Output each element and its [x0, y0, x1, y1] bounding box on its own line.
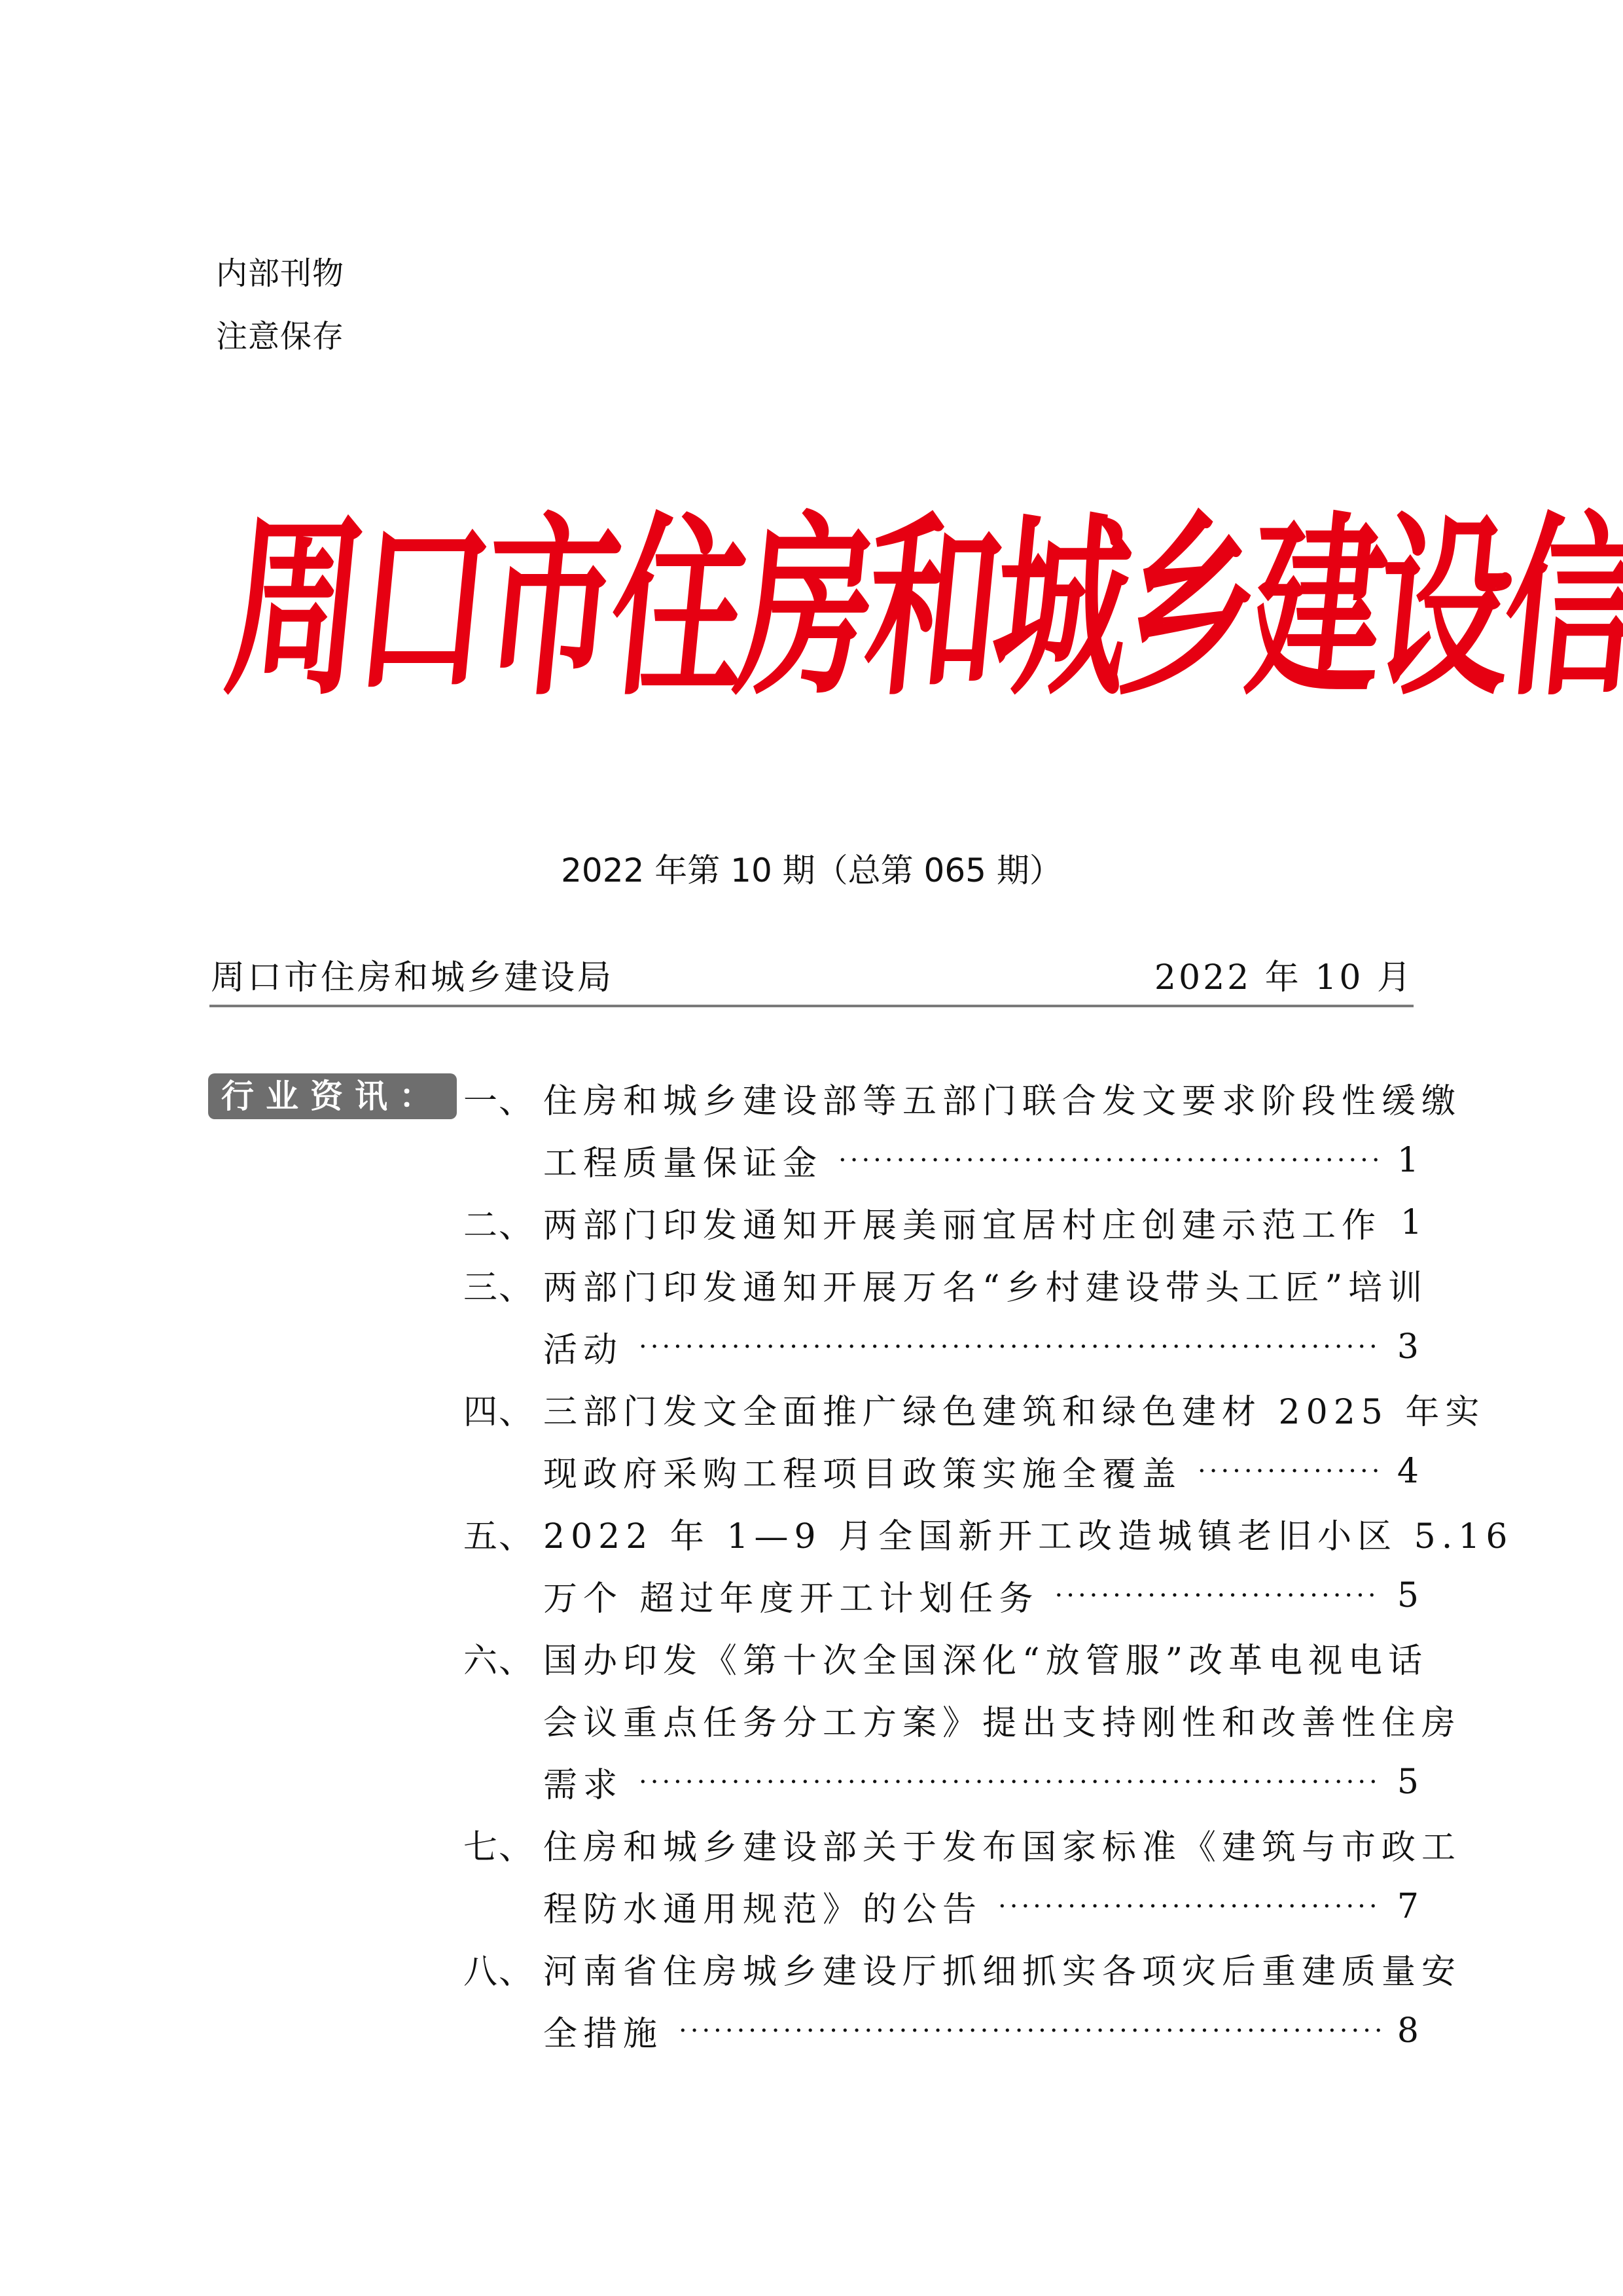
toc-page-number: 5 — [1393, 1763, 1419, 1802]
toc-item-title: 住房和城乡建设部等五部门联合发文要求阶段性缓缴 — [543, 1073, 1461, 1122]
section-badge-industry-news: 行业资讯： — [208, 1073, 457, 1119]
toc-item-3[interactable]: 三、 两部门印发通知开展万名“乡村建设带头工匠”培训 — [463, 1253, 1419, 1316]
toc-item-title: 河南省住房城乡建设厅抓细抓实各项灾后重建质量安 — [543, 1944, 1461, 1993]
toc-item-6-cont2[interactable]: 需求 ·····································… — [463, 1751, 1419, 1813]
masthead-char: 口 — [348, 511, 494, 706]
leader-dots: ········································… — [639, 1767, 1381, 1797]
keep-safe-note: 注意保存 — [216, 317, 344, 356]
masthead-char: 市 — [475, 511, 622, 706]
toc-item-7[interactable]: 七、 住房和城乡建设部关于发布国家标准《建筑与市政工 — [463, 1813, 1419, 1875]
masthead-char: 房 — [730, 511, 877, 706]
toc-item-1-cont[interactable]: 工程质量保证金 ································… — [463, 1129, 1419, 1191]
toc-item-title: 三部门发文全面推广绿色建筑和绿色建材 2025 年实 — [543, 1384, 1485, 1433]
toc-item-number: 五、 — [463, 1509, 543, 1558]
issue-number: 2022 年第 10 期（总第 065 期） — [0, 850, 1623, 891]
toc-item-1[interactable]: 一、 住房和城乡建设部等五部门联合发文要求阶段性缓缴 — [463, 1067, 1419, 1129]
masthead-char: 周 — [220, 511, 366, 706]
toc-item-title: 工程质量保证金 — [543, 1136, 823, 1185]
masthead-char: 设 — [1368, 511, 1515, 706]
toc-item-title: 2022 年 1—9 月全国新开工改造城镇老旧小区 5.16 — [543, 1509, 1513, 1558]
toc-item-5-cont[interactable]: 万个 超过年度开工计划任务 ··························… — [463, 1564, 1419, 1626]
masthead-title: 周 口 市 住 房 和 城 乡 建 设 信 息 — [229, 497, 1400, 720]
toc-item-number: 四、 — [463, 1384, 543, 1433]
toc-item-number: 三、 — [463, 1260, 543, 1309]
toc-item-4[interactable]: 四、 三部门发文全面推广绿色建筑和绿色建材 2025 年实 — [463, 1378, 1419, 1440]
toc-item-3-cont[interactable]: 活动 ·····································… — [463, 1316, 1419, 1378]
toc-item-4-cont[interactable]: 现政府采购工程项目政策实施全覆盖 ·······················… — [463, 1440, 1419, 1502]
toc-item-7-cont[interactable]: 程防水通用规范》的公告 ····························… — [463, 1875, 1419, 1937]
header-rule — [209, 1005, 1414, 1007]
toc-item-5[interactable]: 五、 2022 年 1—9 月全国新开工改造城镇老旧小区 5.16 — [463, 1502, 1419, 1564]
masthead-char: 住 — [603, 511, 749, 706]
masthead-char: 信 — [1496, 511, 1623, 706]
publication-date: 2022 年 10 月 — [1154, 957, 1414, 999]
leader-dots: ········································… — [639, 1332, 1381, 1362]
toc-page-number: 7 — [1393, 1887, 1419, 1926]
toc-page-number: 4 — [1393, 1452, 1419, 1491]
toc-item-title: 国办印发《第十次全国深化“放管服”改革电视电话 — [543, 1633, 1428, 1682]
leader-dots: ········································… — [1055, 1581, 1381, 1611]
toc-item-title: 两部门印发通知开展万名“乡村建设带头工匠”培训 — [543, 1260, 1428, 1309]
toc-item-title: 会议重点任务分工方案》提出支持刚性和改善性住房 — [543, 1695, 1461, 1744]
toc-item-6[interactable]: 六、 国办印发《第十次全国深化“放管服”改革电视电话 — [463, 1626, 1419, 1689]
toc-page-number: 8 — [1393, 2011, 1419, 2051]
toc-page-number: 3 — [1393, 1327, 1419, 1367]
toc-item-8[interactable]: 八、 河南省住房城乡建设厅抓细抓实各项灾后重建质量安 — [463, 1937, 1419, 2000]
publisher-name: 周口市住房和城乡建设局 — [211, 957, 614, 999]
toc-item-title: 程防水通用规范》的公告 — [543, 1882, 982, 1931]
toc-item-title: 活动 — [543, 1322, 623, 1371]
leader-dots: ········································… — [838, 1145, 1381, 1175]
toc-page-number: 5 — [1393, 1576, 1419, 1615]
masthead-char: 和 — [858, 511, 1005, 706]
toc-item-2[interactable]: 二、 两部门印发通知开展美丽宜居村庄创建示范工作 ···············… — [463, 1191, 1419, 1253]
toc-item-title: 全措施 — [543, 2006, 663, 2055]
toc-item-number: 六、 — [463, 1633, 543, 1682]
toc-item-number: 一、 — [463, 1073, 543, 1122]
masthead-char: 建 — [1241, 511, 1387, 706]
toc-item-8-cont[interactable]: 全措施 ····································… — [463, 2000, 1419, 2062]
internal-publication-note: 内部刊物 — [216, 254, 344, 293]
toc-item-title: 需求 — [543, 1757, 623, 1806]
toc-item-title: 两部门印发通知开展美丽宜居村庄创建示范工作 — [543, 1198, 1382, 1247]
toc-item-title: 万个 超过年度开工计划任务 — [543, 1571, 1039, 1620]
masthead-char: 乡 — [1113, 511, 1260, 706]
table-of-contents: 一、 住房和城乡建设部等五部门联合发文要求阶段性缓缴 工程质量保证金 ·····… — [463, 1067, 1419, 2062]
toc-item-number: 八、 — [463, 1944, 543, 1993]
toc-item-6-cont[interactable]: 会议重点任务分工方案》提出支持刚性和改善性住房 — [463, 1689, 1419, 1751]
toc-page-number: 1 — [1393, 1141, 1419, 1180]
leader-dots: ········································… — [1198, 1456, 1381, 1486]
toc-item-number: 七、 — [463, 1820, 543, 1869]
masthead-char: 城 — [986, 511, 1132, 706]
toc-page-number: 1 — [1396, 1203, 1422, 1242]
toc-item-number: 二、 — [463, 1198, 543, 1247]
toc-item-title: 住房和城乡建设部关于发布国家标准《建筑与市政工 — [543, 1820, 1461, 1869]
leader-dots: ········································… — [679, 2016, 1381, 2046]
toc-item-title: 现政府采购工程项目政策实施全覆盖 — [543, 1446, 1182, 1496]
leader-dots: ········································… — [998, 1892, 1381, 1922]
